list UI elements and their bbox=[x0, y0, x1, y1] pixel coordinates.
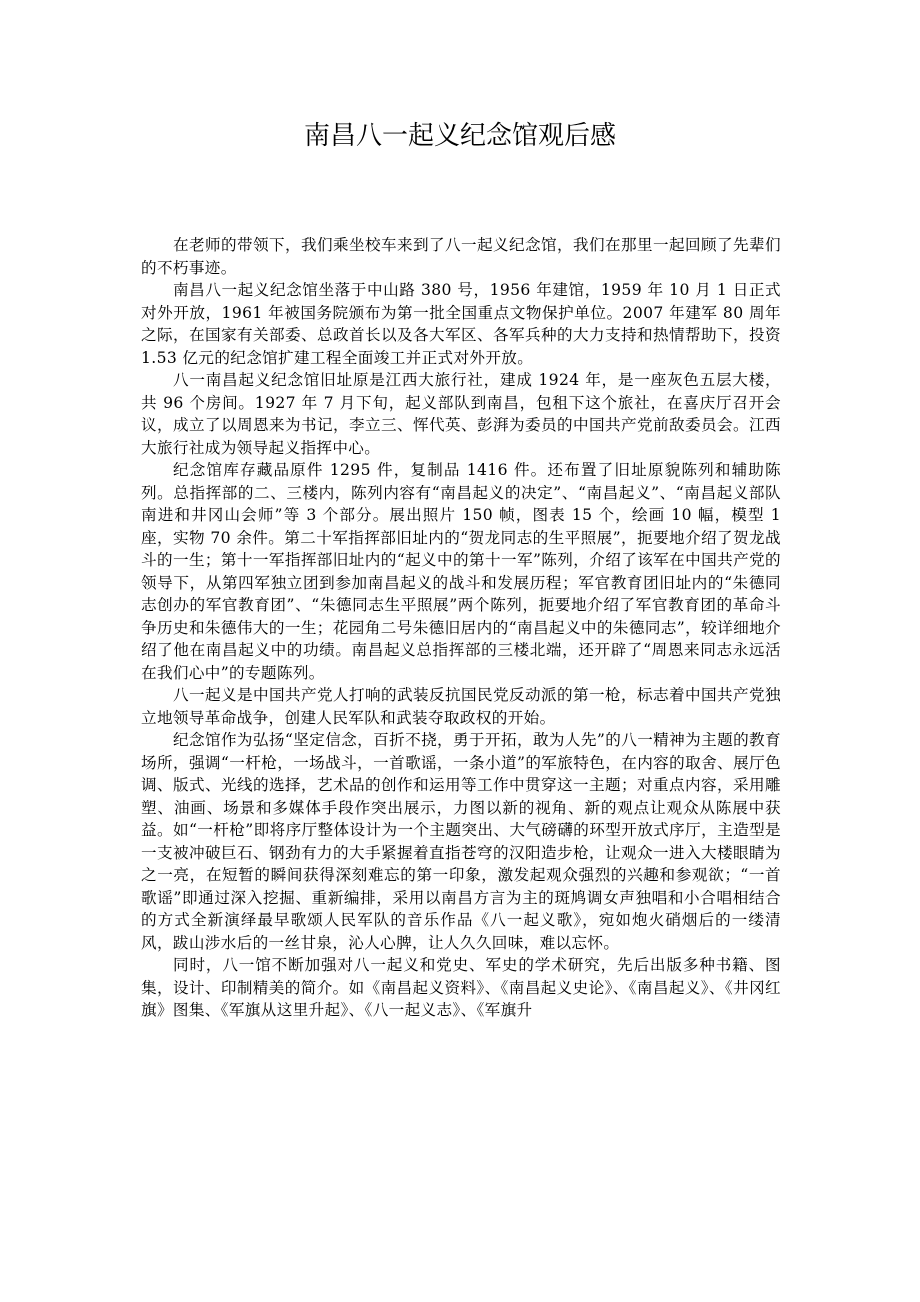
paragraph-intro: 在老师的带领下，我们乘坐校车来到了八一起义纪念馆，我们在那里一起回顾了先辈们的不… bbox=[141, 234, 781, 279]
paragraph-former-site: 八一南昌起义纪念馆旧址原是江西大旅行社，建成 1924 年，是一座灰色五层大楼，… bbox=[141, 369, 781, 459]
paragraph-collections: 纪念馆库存藏品原件 1295 件，复制品 1416 件。还布置了旧址原貌陈列和辅… bbox=[141, 459, 781, 684]
document-title: 南昌八一起义纪念馆观后感 bbox=[0, 118, 920, 154]
paragraph-museum-history: 南昌八一起义纪念馆坐落于中山路 380 号，1956 年建馆，1959 年 10… bbox=[141, 279, 781, 369]
paragraph-significance: 八一起义是中国共产党人打响的武装反抗国民党反动派的第一枪，标志着中国共产党独立地… bbox=[141, 684, 781, 729]
paragraph-research: 同时，八一馆不断加强对八一起义和党史、军史的学术研究，先后出版多种书籍、图集，设… bbox=[141, 954, 781, 1022]
document-body: 在老师的带领下，我们乘坐校车来到了八一起义纪念馆，我们在那里一起回顾了先辈们的不… bbox=[141, 234, 781, 1022]
document-page: 南昌八一起义纪念馆观后感 在老师的带领下，我们乘坐校车来到了八一起义纪念馆，我们… bbox=[0, 0, 920, 1302]
paragraph-exhibition-design: 纪念馆作为弘扬“坚定信念，百折不挠，勇于开拓，敢为人先”的八一精神为主题的教育场… bbox=[141, 729, 781, 954]
